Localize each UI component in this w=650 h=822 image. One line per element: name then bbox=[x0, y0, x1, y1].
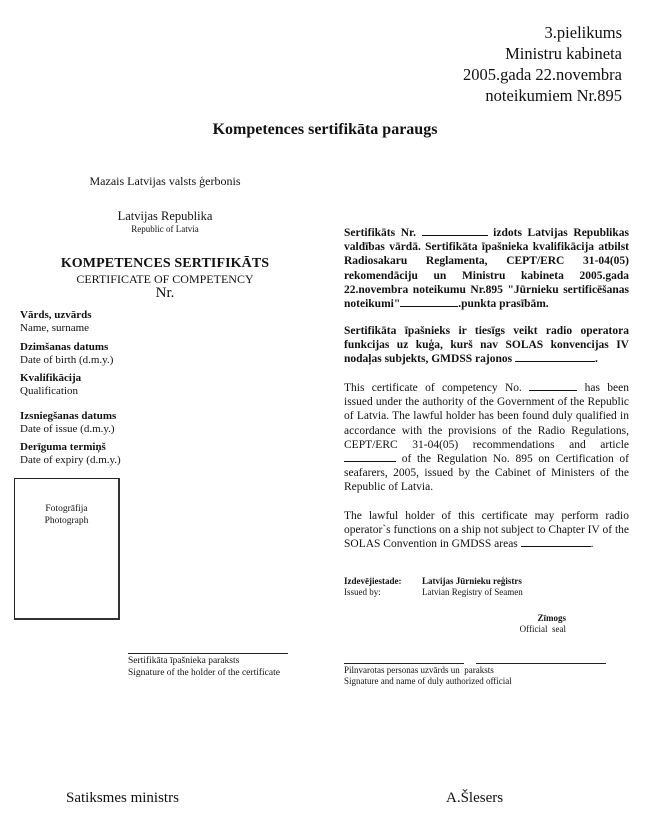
gmdss-areas-blank bbox=[515, 352, 595, 362]
official-signature-lv: Pilnvarotas personas uzvārds un paraksts bbox=[344, 665, 609, 676]
field-label-en: Date of expiry (d.m.y.) bbox=[20, 454, 121, 467]
field-date-of-birth: Dzimšanas datums Date of birth (d.m.y.) bbox=[20, 341, 113, 367]
paragraph-number-blank bbox=[400, 297, 458, 307]
issuer-value-lv: Latvijas Jūrnieku reģistrs bbox=[422, 576, 522, 586]
annex-line: 3.pielikums bbox=[463, 22, 622, 43]
certificate-statement-lv: Sertifikāts Nr. izdots Latvijas Republik… bbox=[344, 226, 629, 311]
coat-of-arms-placeholder: Mazais Latvijas valsts ģerbonis bbox=[20, 174, 310, 189]
seal-label-lv: Zīmogs bbox=[520, 613, 566, 624]
rights-statement-en: The lawful holder of this certificate ma… bbox=[344, 509, 629, 552]
annex-reference: 3.pielikums Ministru kabineta 2005.gada … bbox=[463, 22, 622, 106]
rights-statement-lv: Sertifikāta īpašnieks ir tiesīgs veikt r… bbox=[344, 324, 629, 367]
certificate-number-blank-en bbox=[529, 381, 577, 391]
field-qualification: Kvalifikācija Qualification bbox=[20, 372, 81, 398]
field-label-en: Date of birth (d.m.y.) bbox=[20, 354, 113, 367]
field-label-lv: Kvalifikācija bbox=[20, 372, 81, 385]
certificate-statement-en: This certificate of competency No. has b… bbox=[344, 381, 629, 495]
issuing-authority: Izdevējiestade:Latvijas Jūrnieku reģistr… bbox=[344, 576, 629, 598]
official-signature-en: Signature and name of duly authorized of… bbox=[344, 676, 609, 687]
official-name-line bbox=[344, 663, 464, 664]
field-label-en: Name, surname bbox=[20, 322, 92, 335]
holder-signature: Sertifikāta īpašnieka paraksts Signature… bbox=[128, 653, 293, 679]
annex-line: 2005.gada 22.novembra bbox=[463, 64, 622, 85]
field-label-en: Date of issue (d.m.y.) bbox=[20, 423, 116, 436]
republic-name-en: Republic of Latvia bbox=[20, 224, 310, 234]
minister-name: A.Šlesers bbox=[446, 790, 503, 807]
seal-label-en: Official seal bbox=[520, 624, 566, 635]
gmdss-areas-blank-en bbox=[521, 537, 591, 547]
republic-name-lv: Latvijas Republika bbox=[20, 209, 310, 224]
photo-label-lv: Fotogrāfija bbox=[15, 503, 118, 515]
field-date-of-issue: Izsniegšanas datums Date of issue (d.m.y… bbox=[20, 410, 116, 436]
photo-box: Fotogrāfija Photograph bbox=[14, 478, 120, 620]
issuer-label-lv: Izdevējiestade: bbox=[344, 576, 422, 587]
holder-signature-lv: Sertifikāta īpašnieka paraksts bbox=[128, 655, 293, 667]
holder-signature-en: Signature of the holder of the certifica… bbox=[128, 667, 293, 679]
official-signature-line bbox=[476, 663, 606, 664]
field-label-lv: Izsniegšanas datums bbox=[20, 410, 116, 423]
field-name: Vārds, uzvārds Name, surname bbox=[20, 309, 92, 335]
issuer-label-en: Issued by: bbox=[344, 587, 422, 598]
certificate-title-lv: KOMPETENCES SERTIFIKĀTS bbox=[20, 256, 310, 272]
official-signature: Pilnvarotas personas uzvārds un paraksts… bbox=[344, 663, 609, 687]
field-label-lv: Derīguma termiņš bbox=[20, 441, 121, 454]
official-seal: Zīmogs Official seal bbox=[520, 613, 566, 635]
field-label-lv: Vārds, uzvārds bbox=[20, 309, 92, 322]
annex-line: noteikumiem Nr.895 bbox=[463, 85, 622, 106]
field-label-lv: Dzimšanas datums bbox=[20, 341, 113, 354]
signature-line bbox=[128, 653, 288, 654]
certificate-number-blank bbox=[422, 226, 488, 236]
document-title: Kompetences sertifikāta paraugs bbox=[0, 121, 650, 139]
annex-line: Ministru kabineta bbox=[463, 43, 622, 64]
field-label-en: Qualification bbox=[20, 385, 81, 398]
photo-label-en: Photograph bbox=[15, 515, 118, 527]
issuer-value-en: Latvian Registry of Seamen bbox=[422, 587, 523, 597]
certificate-number-label: Nr. bbox=[20, 285, 310, 302]
field-date-of-expiry: Derīguma termiņš Date of expiry (d.m.y.) bbox=[20, 441, 121, 467]
minister-position: Satiksmes ministrs bbox=[66, 790, 179, 807]
article-number-blank bbox=[344, 452, 396, 462]
